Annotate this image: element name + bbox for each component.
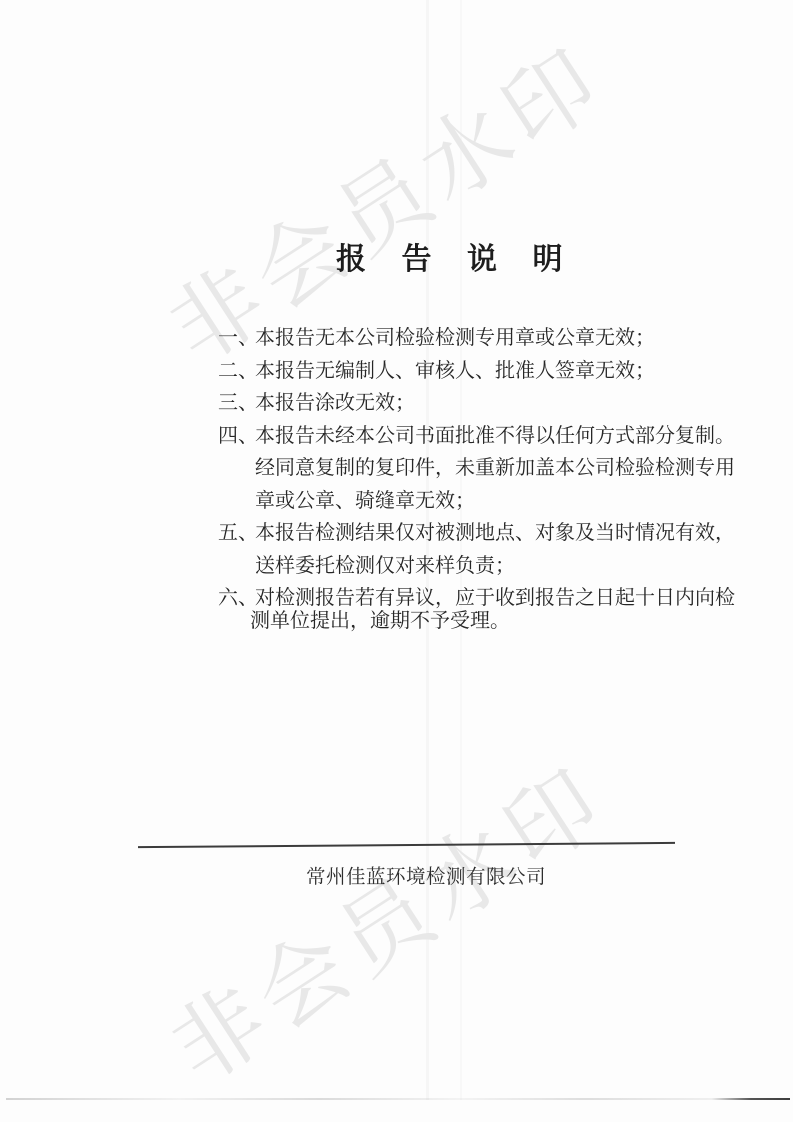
note-line: 章或公章、骑缝章无效； (255, 485, 735, 518)
footer-company-name: 常州佳蓝环境检测有限公司 (306, 861, 546, 889)
note-item-1: 一、 本报告无本公司检验检测专用章或公章无效； (218, 322, 708, 355)
note-body: 本报告未经本公司书面批准不得以任何方式部分复制。 经同意复制的复印件，未重新加盖… (255, 420, 735, 518)
note-item-4: 四、 本报告未经本公司书面批准不得以任何方式部分复制。 经同意复制的复印件，未重… (218, 420, 708, 518)
note-body: 对检测报告若有异议，应于收到报告之日起十日内向检 测单位提出，逾期不予受理。 (255, 582, 735, 637)
note-item-5: 五、 本报告检测结果仅对被测地点、对象及当时情况有效， 送样委托检测仅对来样负责… (218, 517, 708, 582)
note-line: 送样委托检测仅对来样负责； (255, 550, 735, 583)
note-number: 四、 (218, 420, 255, 453)
note-line: 本报告无编制人、审核人、批准人签章无效； (255, 355, 708, 388)
note-number: 三、 (218, 387, 255, 420)
note-body: 本报告无编制人、审核人、批准人签章无效； (255, 355, 708, 388)
note-number: 五、 (218, 517, 255, 550)
note-body: 本报告无本公司检验检测专用章或公章无效； (255, 322, 708, 355)
watermark-text: 非会员水印 (142, 729, 628, 1108)
note-line: 本报告检测结果仅对被测地点、对象及当时情况有效， (255, 517, 735, 550)
note-line: 本报告涂改无效； (255, 387, 708, 420)
note-item-3: 三、 本报告涂改无效； (218, 387, 708, 420)
report-disclaimer-page: 非会员水印 非会员水印 报 告 说 明 一、 本报告无本公司检验检测专用章或公章… (0, 0, 793, 1122)
report-notes-list: 一、 本报告无本公司检验检测专用章或公章无效； 二、 本报告无编制人、审核人、批… (218, 322, 708, 637)
note-line: 本报告未经本公司书面批准不得以任何方式部分复制。 (255, 420, 735, 453)
page-title: 报 告 说 明 (336, 234, 577, 278)
note-body: 本报告涂改无效； (255, 387, 708, 420)
note-number: 二、 (218, 355, 255, 388)
note-item-6: 六、 对检测报告若有异议，应于收到报告之日起十日内向检 测单位提出，逾期不予受理… (218, 582, 708, 637)
note-line: 经同意复制的复印件，未重新加盖本公司检验检测专用 (255, 452, 735, 485)
note-line: 本报告无本公司检验检测专用章或公章无效； (255, 322, 708, 355)
scan-page-edge-artifact (6, 1098, 790, 1100)
note-number: 一、 (218, 322, 255, 355)
note-body: 本报告检测结果仅对被测地点、对象及当时情况有效， 送样委托检测仅对来样负责； (255, 517, 735, 582)
note-item-2: 二、 本报告无编制人、审核人、批准人签章无效； (218, 355, 708, 388)
